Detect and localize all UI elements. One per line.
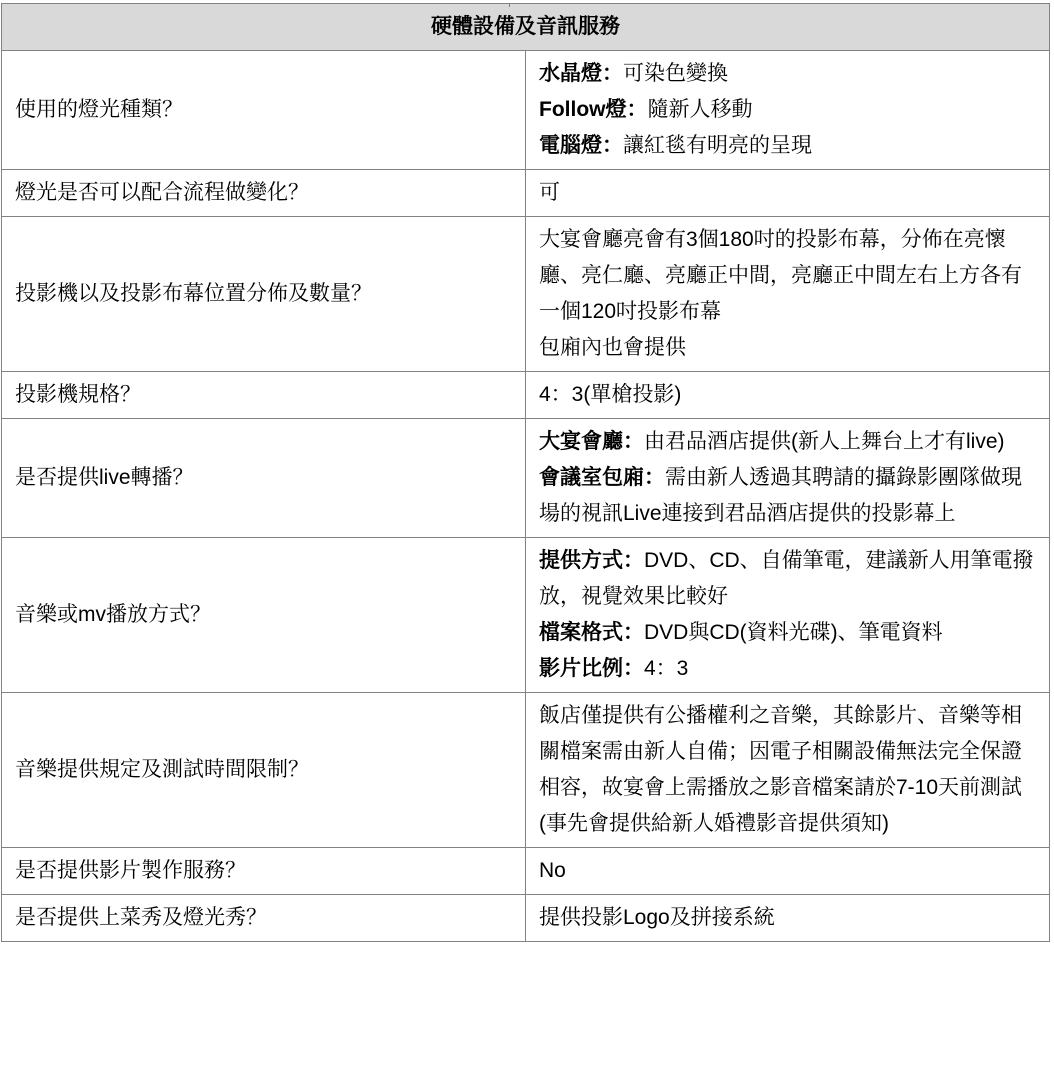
table-row: 投影機規格？4：3(單槍投影) — [2, 372, 1050, 419]
answer-label: 水晶燈： — [539, 62, 623, 85]
table-title: 硬體設備及音訊服務 — [2, 4, 1050, 51]
question-cell: 投影機以及投影布幕位置分佈及數量？ — [2, 217, 526, 372]
table-header: 硬體設備及音訊服務 — [2, 4, 1050, 51]
answer-label: Follow燈： — [539, 98, 648, 121]
answer-label: 大宴會廳： — [539, 430, 644, 453]
answer-cell: 提供方式：DVD、CD、自備筆電，建議新人用筆電撥放，視覺效果比較好檔案格式：D… — [526, 538, 1050, 693]
table-row: 音樂或mv播放方式？提供方式：DVD、CD、自備筆電，建議新人用筆電撥放，視覺效… — [2, 538, 1050, 693]
answer-paragraph: 會議室包廂：需由新人透過其聘請的攝錄影團隊做現場的視訊Live連接到君品酒店提供… — [539, 460, 1036, 532]
answer-paragraph: 水晶燈：可染色變換 — [539, 56, 1036, 92]
table-top-stub-middle — [509, 3, 510, 7]
table-row: 使用的燈光種類？水晶燈：可染色變換Follow燈：隨新人移動電腦燈：讓紅毯有明亮… — [2, 51, 1050, 170]
answer-paragraph: 影片比例：4：3 — [539, 651, 1036, 687]
question-cell: 是否提供影片製作服務？ — [2, 848, 526, 895]
answer-paragraph: 可 — [539, 175, 1036, 211]
table-row: 燈光是否可以配合流程做變化？可 — [2, 170, 1050, 217]
document-page: 硬體設備及音訊服務 使用的燈光種類？水晶燈：可染色變換Follow燈：隨新人移動… — [0, 3, 1054, 1066]
answer-paragraph: Follow燈：隨新人移動 — [539, 92, 1036, 128]
question-cell: 投影機規格？ — [2, 372, 526, 419]
table-row: 是否提供live轉播？大宴會廳：由君品酒店提供(新人上舞台上才有live)會議室… — [2, 419, 1050, 538]
answer-cell: 水晶燈：可染色變換Follow燈：隨新人移動電腦燈：讓紅毯有明亮的呈現 — [526, 51, 1050, 170]
answer-paragraph: 電腦燈：讓紅毯有明亮的呈現 — [539, 128, 1036, 164]
answer-label: 提供方式： — [539, 549, 644, 572]
answer-cell: 大宴會廳：由君品酒店提供(新人上舞台上才有live)會議室包廂：需由新人透過其聘… — [526, 419, 1050, 538]
question-cell: 音樂或mv播放方式？ — [2, 538, 526, 693]
answer-paragraph: 檔案格式：DVD與CD(資料光碟)、筆電資料 — [539, 615, 1036, 651]
answer-cell: No — [526, 848, 1050, 895]
table-row: 音樂提供規定及測試時間限制？飯店僅提供有公播權利之音樂，其餘影片、音樂等相關檔案… — [2, 693, 1050, 848]
answer-paragraph: No — [539, 853, 1036, 889]
question-cell: 燈光是否可以配合流程做變化？ — [2, 170, 526, 217]
answer-cell: 提供投影Logo及拼接系統 — [526, 895, 1050, 942]
answer-cell: 飯店僅提供有公播權利之音樂，其餘影片、音樂等相關檔案需由新人自備；因電子相關設備… — [526, 693, 1050, 848]
answer-cell: 4：3(單槍投影) — [526, 372, 1050, 419]
question-cell: 使用的燈光種類？ — [2, 51, 526, 170]
answer-paragraph: 包廂內也會提供 — [539, 330, 1036, 366]
answer-paragraph: 提供方式：DVD、CD、自備筆電，建議新人用筆電撥放，視覺效果比較好 — [539, 543, 1036, 615]
hardware-audio-service-table: 硬體設備及音訊服務 使用的燈光種類？水晶燈：可染色變換Follow燈：隨新人移動… — [1, 3, 1050, 942]
answer-paragraph: 飯店僅提供有公播權利之音樂，其餘影片、音樂等相關檔案需由新人自備；因電子相關設備… — [539, 698, 1036, 842]
answer-label: 電腦燈： — [539, 134, 623, 157]
answer-label: 會議室包廂： — [539, 466, 665, 489]
table-top-stub-right — [1049, 3, 1050, 7]
table-row: 是否提供影片製作服務？No — [2, 848, 1050, 895]
question-cell: 是否提供live轉播？ — [2, 419, 526, 538]
question-cell: 是否提供上菜秀及燈光秀？ — [2, 895, 526, 942]
table-row: 投影機以及投影布幕位置分佈及數量？大宴會廳亮會有3個180吋的投影布幕，分佈在亮… — [2, 217, 1050, 372]
answer-paragraph: 大宴會廳亮會有3個180吋的投影布幕，分佈在亮懷廳、亮仁廳、亮廳正中間，亮廳正中… — [539, 222, 1036, 330]
answer-cell: 大宴會廳亮會有3個180吋的投影布幕，分佈在亮懷廳、亮仁廳、亮廳正中間，亮廳正中… — [526, 217, 1050, 372]
table-top-stub-left — [1, 3, 2, 7]
answer-label: 檔案格式： — [539, 621, 644, 644]
qa-table-body: 使用的燈光種類？水晶燈：可染色變換Follow燈：隨新人移動電腦燈：讓紅毯有明亮… — [2, 51, 1050, 942]
answer-cell: 可 — [526, 170, 1050, 217]
answer-paragraph: 提供投影Logo及拼接系統 — [539, 900, 1036, 936]
answer-paragraph: 大宴會廳：由君品酒店提供(新人上舞台上才有live) — [539, 424, 1036, 460]
table-row: 是否提供上菜秀及燈光秀？提供投影Logo及拼接系統 — [2, 895, 1050, 942]
answer-paragraph: 4：3(單槍投影) — [539, 377, 1036, 413]
table-title-row: 硬體設備及音訊服務 — [2, 4, 1050, 51]
question-cell: 音樂提供規定及測試時間限制？ — [2, 693, 526, 848]
answer-label: 影片比例： — [539, 657, 644, 680]
